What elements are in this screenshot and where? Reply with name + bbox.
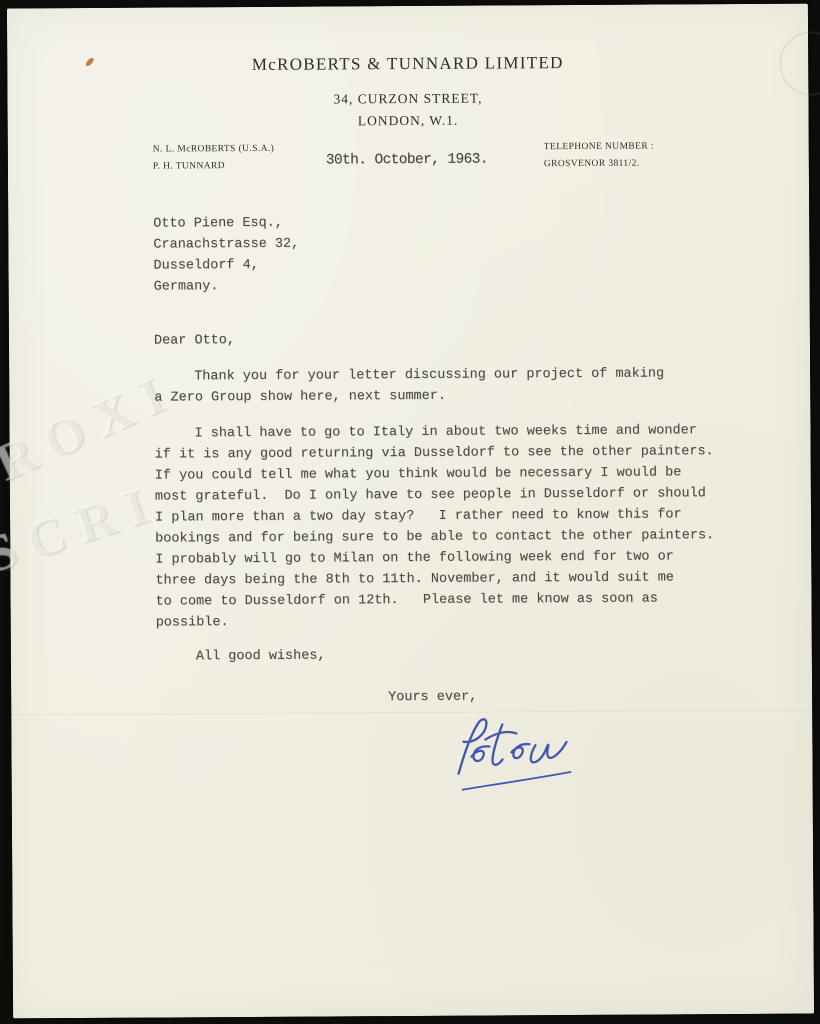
recipient-name: Otto Piene Esq., [153, 213, 299, 235]
letter-paper: ROXI SCRI McROBERTS & TUNNARD LIMITED 34… [7, 4, 814, 1019]
closing-line: All good wishes, [196, 649, 326, 665]
recipient-country: Germany. [154, 276, 300, 298]
scan-background: { "letterhead": { "company_name": "McROB… [0, 0, 820, 1024]
recipient-street: Cranachstrasse 32, [153, 234, 299, 256]
company-city: LONDON, W.1. [8, 111, 809, 132]
letter-body: Otto Piene Esq., Cranachstrasse 32, Duss… [7, 4, 808, 9]
signature-ink-strokes [444, 715, 595, 806]
handwritten-signature-peter [444, 715, 595, 806]
letter-date: 30th. October, 1963. [326, 152, 488, 169]
fold-crease-upper [11, 710, 812, 718]
fold-crease-lower [13, 961, 814, 968]
partner-name-1: N. L. McROBERTS (U.S.A.) [153, 141, 275, 159]
recipient-address: Otto Piene Esq., Cranachstrasse 32, Duss… [153, 213, 299, 298]
partner-names: N. L. McROBERTS (U.S.A.) P. H. TUNNARD [153, 141, 275, 176]
company-street: 34, CURZON STREET, [7, 89, 808, 110]
recipient-city: Dusseldorf 4, [153, 255, 299, 277]
company-name: McROBERTS & TUNNARD LIMITED [7, 52, 808, 77]
embossed-watermark-fragment-bottom: SCRI [0, 473, 169, 586]
partner-name-2: P. H. TUNNARD [153, 158, 275, 176]
valediction: Yours ever, [388, 690, 477, 706]
telephone-label: TELEPHONE NUMBER : [544, 139, 654, 157]
letterhead: McROBERTS & TUNNARD LIMITED 34, CURZON S… [7, 4, 808, 9]
telephone-block: TELEPHONE NUMBER : GROSVENOR 3811/2. [544, 139, 654, 174]
paragraph-1: Thank you for your letter discussing our… [154, 363, 754, 409]
salutation: Dear Otto, [154, 333, 235, 348]
paragraph-2: I shall have to go to Italy in about two… [154, 420, 755, 634]
telephone-number: GROSVENOR 3811/2. [544, 156, 654, 174]
